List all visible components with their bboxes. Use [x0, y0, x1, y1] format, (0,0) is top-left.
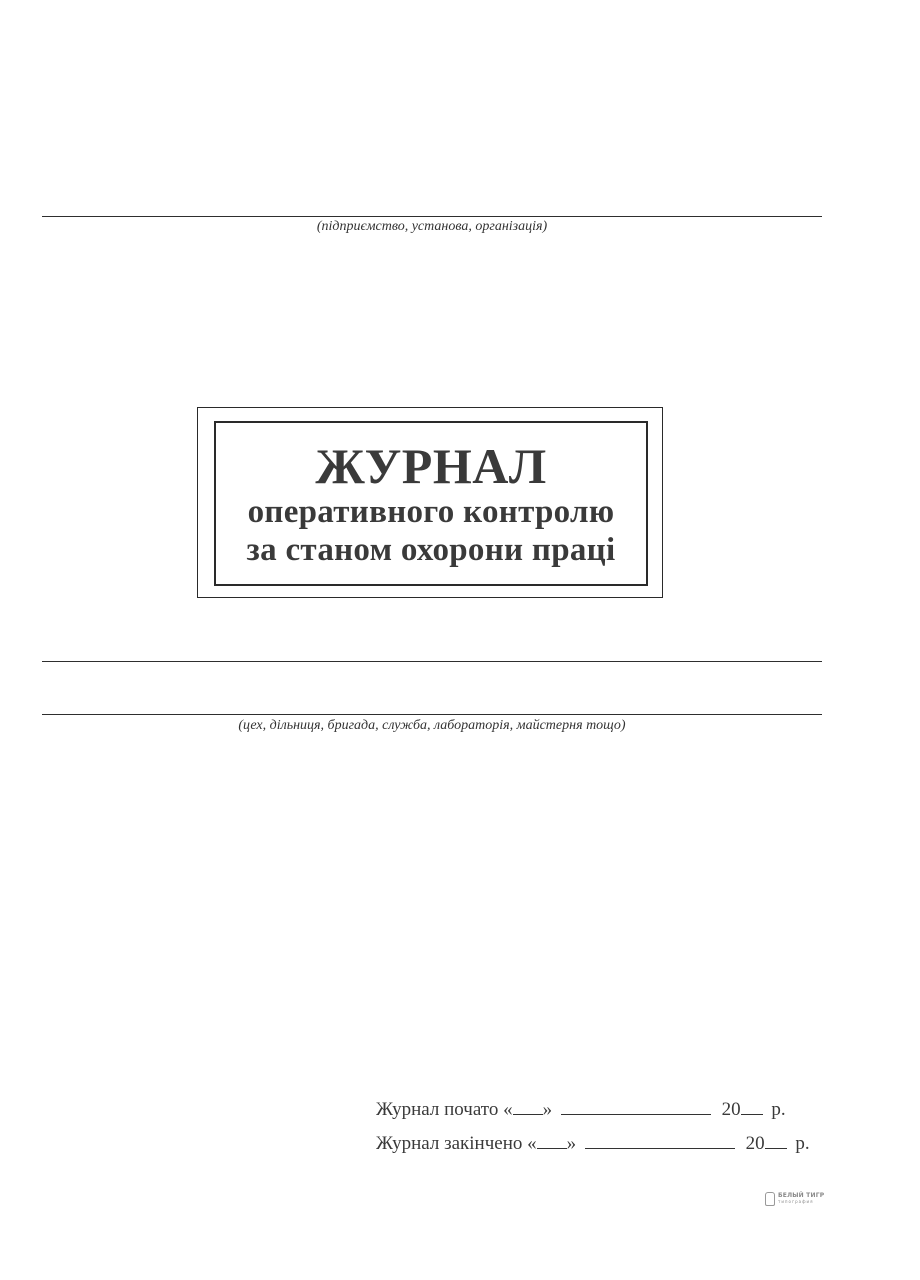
date-finished-month-field[interactable] — [585, 1134, 735, 1149]
date-finished-year-field[interactable] — [765, 1134, 787, 1149]
department-line-1 — [42, 661, 822, 662]
date-started-year-field[interactable] — [741, 1100, 763, 1115]
department-caption: (цех, дільниця, бригада, служба, лаборат… — [42, 718, 822, 734]
department-line-2 — [42, 714, 822, 715]
date-finished-label: Журнал закінчено « — [376, 1133, 537, 1154]
publisher-subtitle: типография — [778, 1199, 824, 1205]
organization-line — [42, 216, 822, 217]
date-started-month-field[interactable] — [561, 1100, 711, 1115]
date-started-label: Журнал почато « — [376, 1099, 513, 1120]
date-finished-row: Журнал закінчено «» 20 р. — [376, 1133, 810, 1155]
publisher-logo: БЕЛЫЙ ТИГР типография — [765, 1192, 824, 1206]
journal-subtitle-line2: за станом охорони праці — [247, 531, 616, 569]
journal-subtitle-line1: оперативного контролю — [248, 493, 615, 531]
date-started-day-field[interactable] — [513, 1100, 543, 1115]
tiger-icon — [765, 1192, 775, 1206]
journal-title: ЖУРНАЛ — [315, 439, 546, 493]
date-started-row: Журнал почато «» 20 р. — [376, 1099, 786, 1121]
date-finished-day-field[interactable] — [537, 1134, 567, 1149]
title-inner-frame: ЖУРНАЛ оперативного контролю за станом о… — [214, 421, 648, 586]
organization-caption: (підприємство, установа, організація) — [42, 219, 822, 235]
